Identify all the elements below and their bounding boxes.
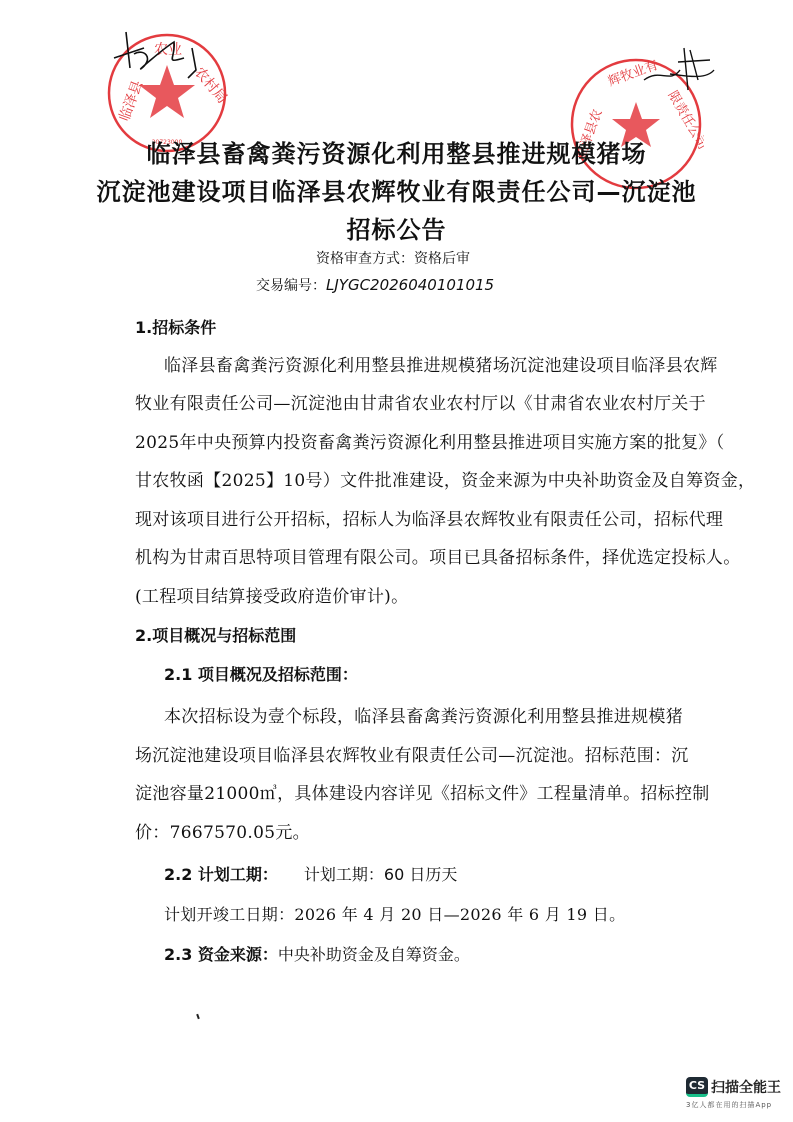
s21-line-2: 场沉淀池建设项目临泽县农辉牧业有限责任公司—沉淀池。招标范围：沉 [135,741,689,766]
section-2-1-heading: 2.1 项目概况及招标范围： [164,662,358,685]
signature-right [640,40,720,104]
qualification-method: 资格审查方式：资格后审 [316,248,470,268]
s21-line-4: 价：7667570.05元。 [135,818,310,843]
s1-line-3: 2025年中央预算内投资畜禽粪污资源化利用整县推进项目实施方案的批复》（ [135,428,725,453]
signature-left [104,18,224,92]
title-line-1: 临泽县畜禽粪污资源化利用整县推进规模猪场 [0,134,793,169]
s1-line-6: 机构为甘肃百思特项目管理有限公司。项目已具备招标条件，择优选定投标人。 [135,543,741,568]
camscanner-logo-icon: CS [686,1077,708,1097]
trade-number-label: 交易编号： [256,278,326,294]
section-2-2-value: 计划工期：60 日历天 [304,865,457,884]
section-2-3-value: 中央补助资金及自筹资金。 [278,945,470,964]
section-2-3-title: 2.3 资金来源： [164,945,278,964]
camscanner-watermark: CS扫描全能王 3亿人都在用的扫描App [686,1076,781,1110]
trade-number-value: LJYGC2026040101015 [326,276,494,294]
s1-line-7: (工程项目结算接受政府造价审计)。 [135,582,408,607]
s1-line-4: 甘农牧函【2025】10号）文件批准建设，资金来源为中央补助资金及自筹资金， [135,466,755,491]
qualification-value: 资格后审 [414,251,470,267]
title-line-3: 招标公告 [0,210,793,245]
section-1-heading: 1.招标条件 [135,315,216,338]
trade-number: 交易编号：LJYGC2026040101015 [256,275,494,295]
watermark-tagline: 3亿人都在用的扫描App [686,1100,781,1110]
section-2-2: 2.2 计划工期：计划工期：60 日历天 [164,862,457,885]
section-2-1-title: 2.1 项目概况及招标范围： [164,665,358,684]
section-2-3: 2.3 资金来源：中央补助资金及自筹资金。 [164,942,470,965]
s21-line-3: 淀池容量21000㎥，具体建设内容详见《招标文件》工程量清单。招标控制 [135,779,710,804]
title-line-2: 沉淀池建设项目临泽县农辉牧业有限责任公司—沉淀池 [0,172,793,207]
s1-line-1: 临泽县畜禽粪污资源化利用整县推进规模猪场沉淀池建设项目临泽县农辉 [164,351,718,376]
section-2-2-title: 2.2 计划工期： [164,865,278,884]
qualification-label: 资格审查方式： [316,251,414,267]
s21-line-1: 本次招标设为壹个标段，临泽县畜禽粪污资源化利用整县推进规模猪 [164,702,683,727]
schedule-dates: 计划开竣工日期：2026 年 4 月 20 日—2026 年 6 月 19 日。 [164,902,625,925]
s1-line-5: 现对该项目进行公开招标，招标人为临泽县农辉牧业有限责任公司，招标代理 [135,505,723,530]
s1-line-2: 牧业有限责任公司—沉淀池由甘肃省农业农村厅以《甘肃省农业农村厅关于 [135,389,706,414]
stray-mark [196,1014,200,1019]
section-2-heading: 2.项目概况与招标范围 [135,623,296,646]
watermark-name: 扫描全能王 [711,1080,781,1096]
